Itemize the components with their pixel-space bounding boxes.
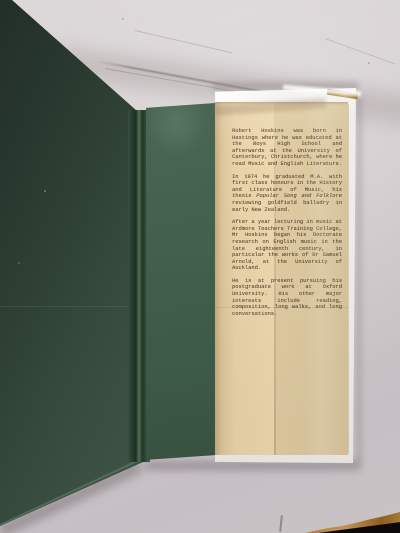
flap-edge-shadow-line (348, 104, 349, 454)
book-shadow (356, 96, 362, 464)
inside-cover-board (144, 101, 216, 462)
cover-speck (18, 262, 20, 264)
plastic-sleeve-sheen (305, 102, 343, 455)
cover-crease (0, 306, 142, 307)
cover-speck (44, 190, 46, 192)
photo-open-book: Robert Hoskins was born in Hastings wher… (0, 0, 400, 533)
desk-speck (368, 62, 370, 64)
desk-speck (122, 18, 124, 20)
